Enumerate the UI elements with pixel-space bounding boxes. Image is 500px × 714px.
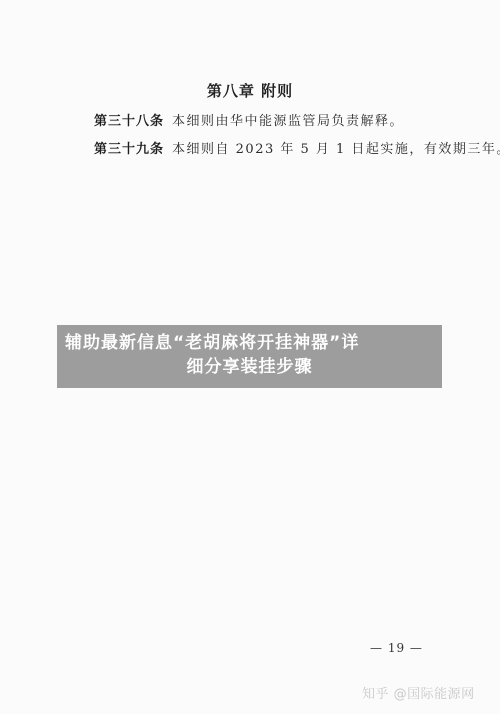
article-text: 本细则由华中能源监管局负责解释。 [172,114,404,129]
article-38: 第三十八条本细则由华中能源监管局负责解释。 [94,110,404,129]
headline-overlay-banner: 辅助最新信息“老胡麻将开挂神器”详 细分享装挂步骤 [57,325,442,388]
article-number: 第三十九条 [94,142,164,157]
watermark: 知乎 @国际能源网 [362,683,475,702]
chapter-title: 第八章 附则 [0,80,500,101]
document-page: 第八章 附则 第三十八条本细则由华中能源监管局负责解释。 第三十九条本细则自 2… [0,0,500,714]
headline-line-1: 辅助最新信息“老胡麻将开挂神器”详 [57,331,442,355]
article-number: 第三十八条 [94,114,164,129]
article-text: 本细则自 2023 年 5 月 1 日起实施，有效期三年。 [172,142,500,157]
article-39: 第三十九条本细则自 2023 年 5 月 1 日起实施，有效期三年。 [94,138,500,157]
page-number: — 19 — [370,641,423,655]
headline-line-2: 细分享装挂步骤 [57,355,442,379]
